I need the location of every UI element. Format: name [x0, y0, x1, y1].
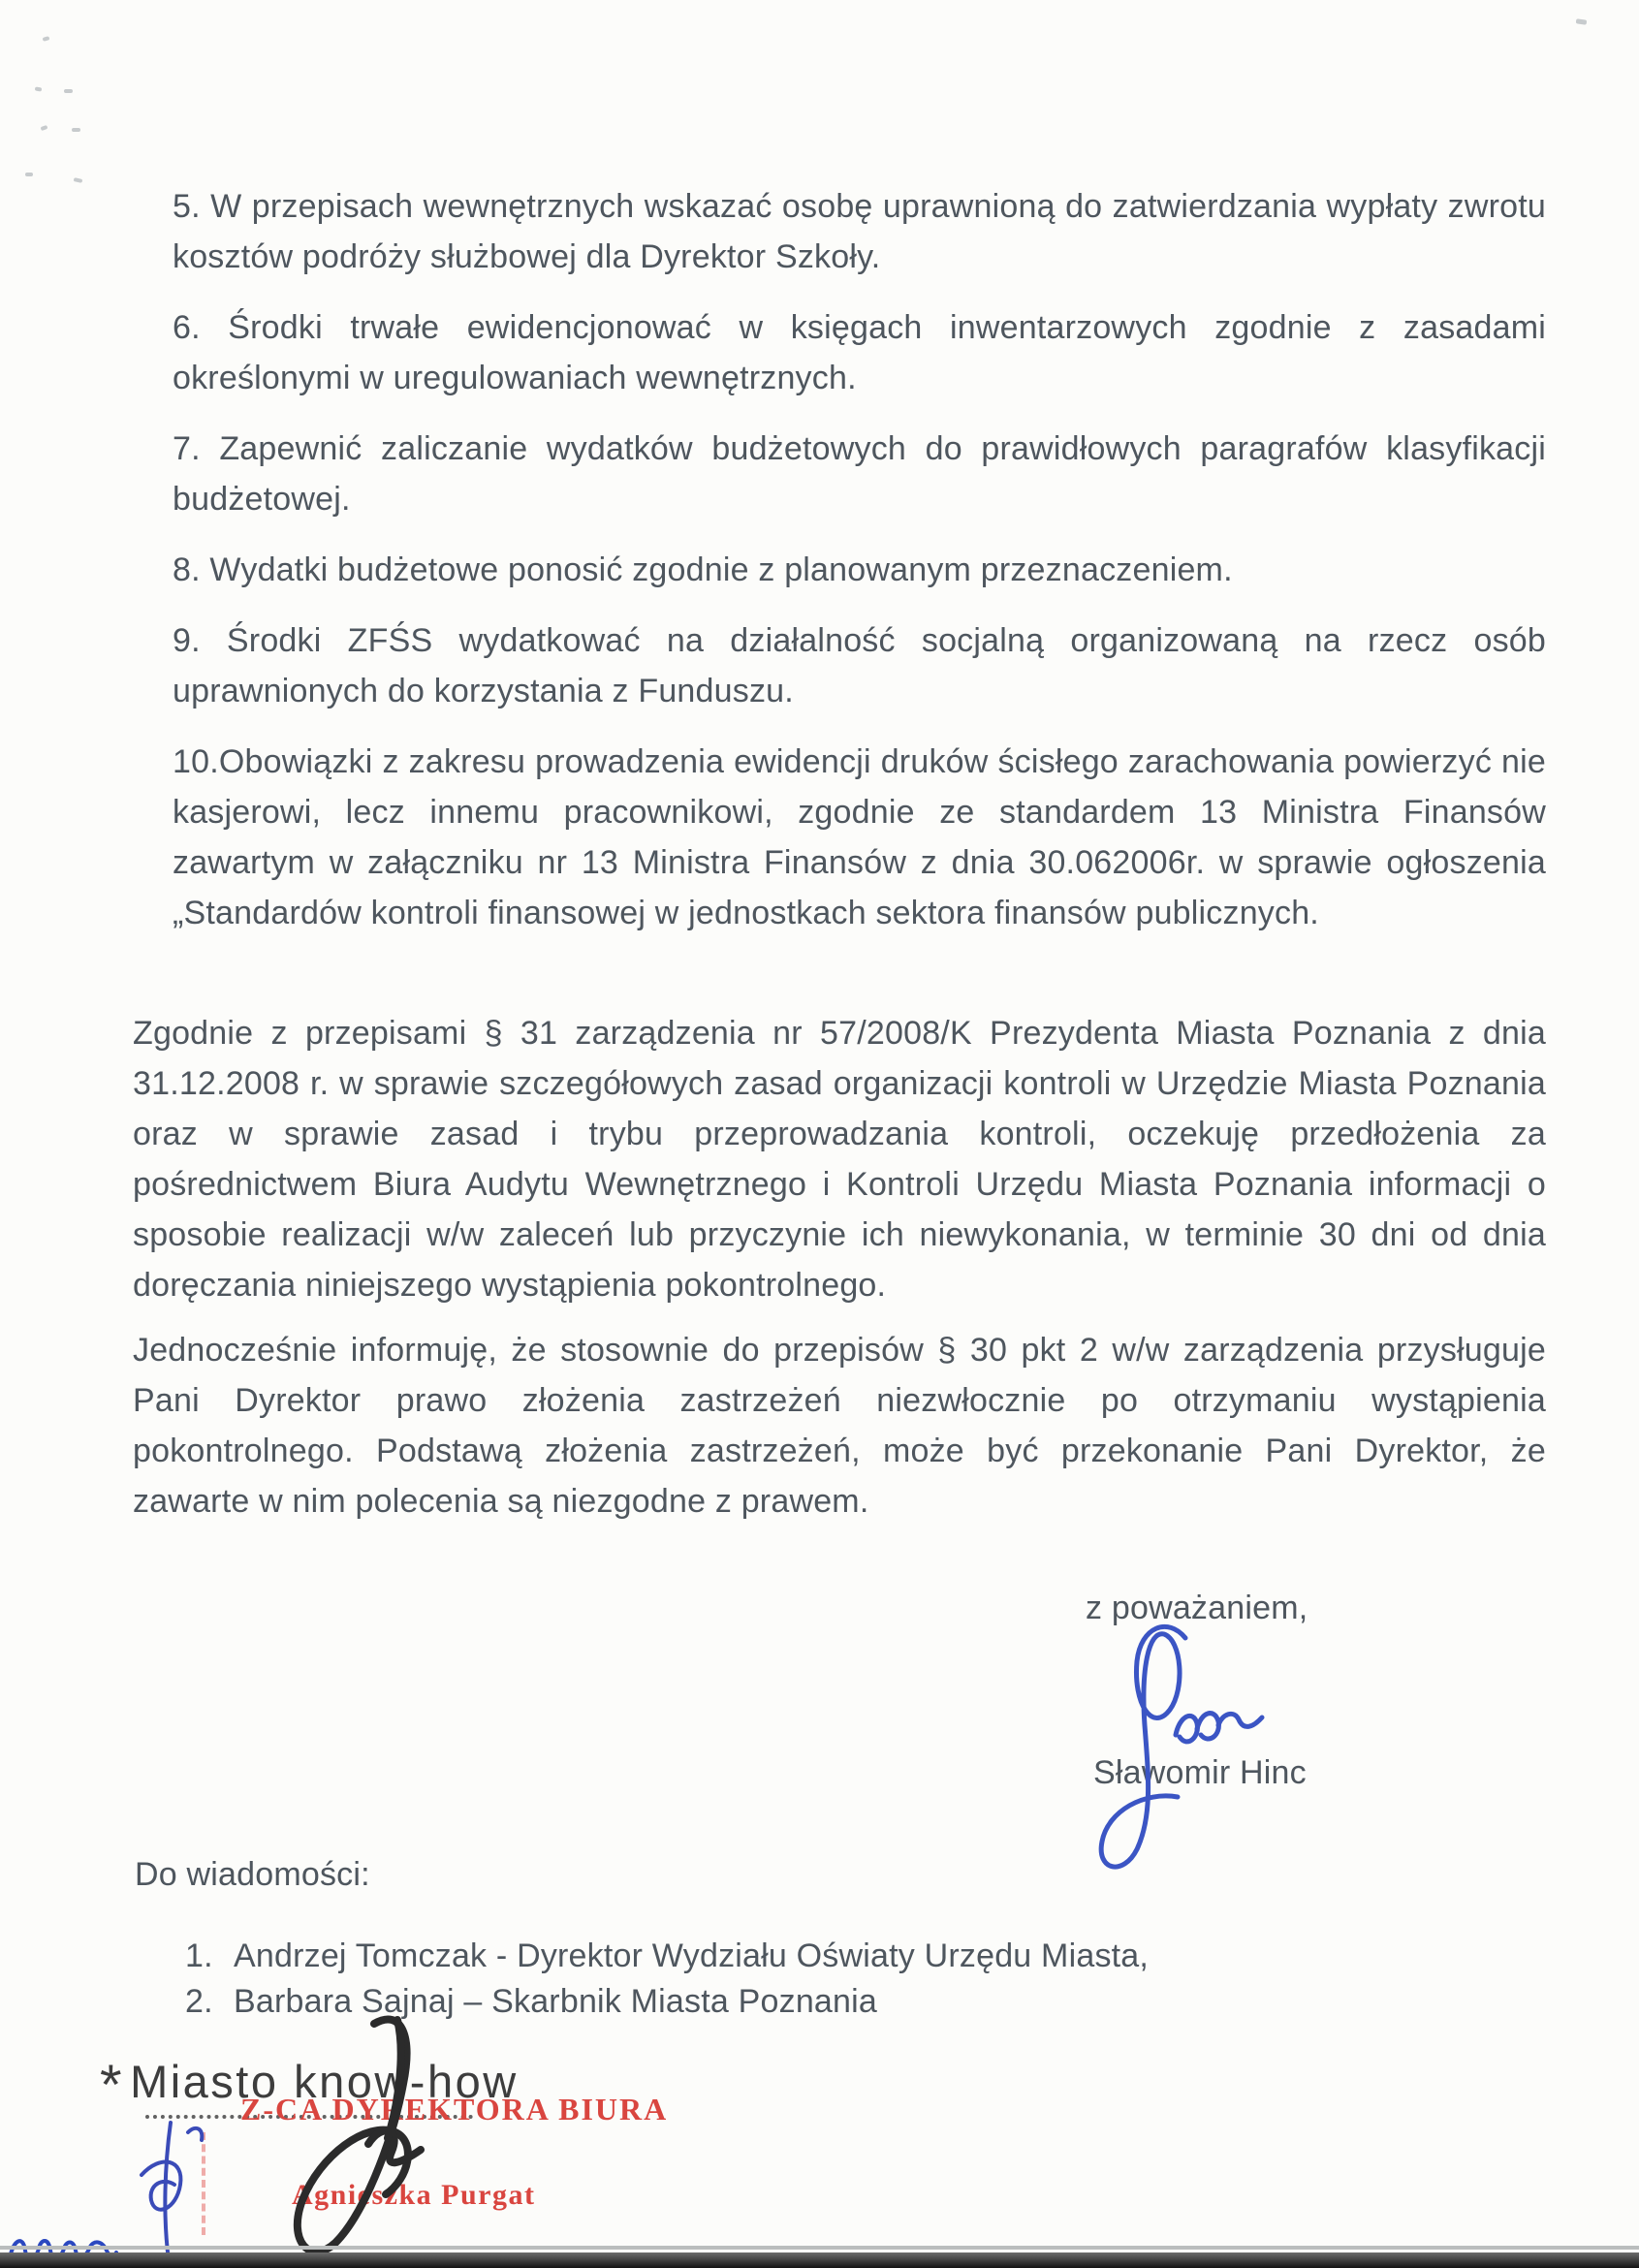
recommendations-list: 5. W przepisach wewnętrznych wskazać oso…	[133, 181, 1546, 938]
scan-speck	[64, 89, 73, 93]
cc-entry-number: 2.	[185, 1979, 234, 2025]
letter-body: 5. W przepisach wewnętrznych wskazać oso…	[0, 0, 1639, 2025]
recommendation-item: 6. Środki trwałe ewidencjonować w księga…	[173, 302, 1546, 403]
paragraph-objections: Jednocześnie informuję, że stosownie do …	[133, 1325, 1546, 1527]
cc-heading: Do wiadomości:	[135, 1849, 1546, 1900]
handwritten-signature-blue-icon	[1052, 1611, 1265, 1880]
recommendation-item: 7. Zapewnić zaliczanie wydatków budżetow…	[173, 424, 1546, 524]
recommendation-item: 5. W przepisach wewnętrznych wskazać oso…	[173, 181, 1546, 282]
scan-edge-band	[0, 2252, 1639, 2268]
recommendation-item: 8. Wydatki budżetowe ponosić zgodnie z p…	[173, 545, 1546, 595]
handwritten-signature-black-icon	[250, 2008, 444, 2268]
logo-asterisk-icon: *	[100, 2054, 124, 2117]
scan-speck	[72, 128, 80, 132]
scan-speck	[25, 173, 33, 176]
cc-entry: 1. Andrzej Tomczak - Dyrektor Wydziału O…	[185, 1934, 1546, 1979]
recommendation-item: 10.Obowiązki z zakresu prowadzenia ewide…	[173, 737, 1546, 938]
cc-entry-number: 1.	[185, 1934, 234, 1979]
recommendation-item: 9. Środki ZFŚS wydatkować na działalność…	[173, 615, 1546, 716]
scan-edge-line	[0, 2246, 1639, 2250]
cc-entry-text: Andrzej Tomczak - Dyrektor Wydziału Oświ…	[234, 1934, 1149, 1979]
paragraph-legal-basis: Zgodnie z przepisami § 31 zarządzenia nr…	[133, 1008, 1546, 1310]
scanned-letter-page: 5. W przepisach wewnętrznych wskazać oso…	[0, 0, 1639, 2268]
